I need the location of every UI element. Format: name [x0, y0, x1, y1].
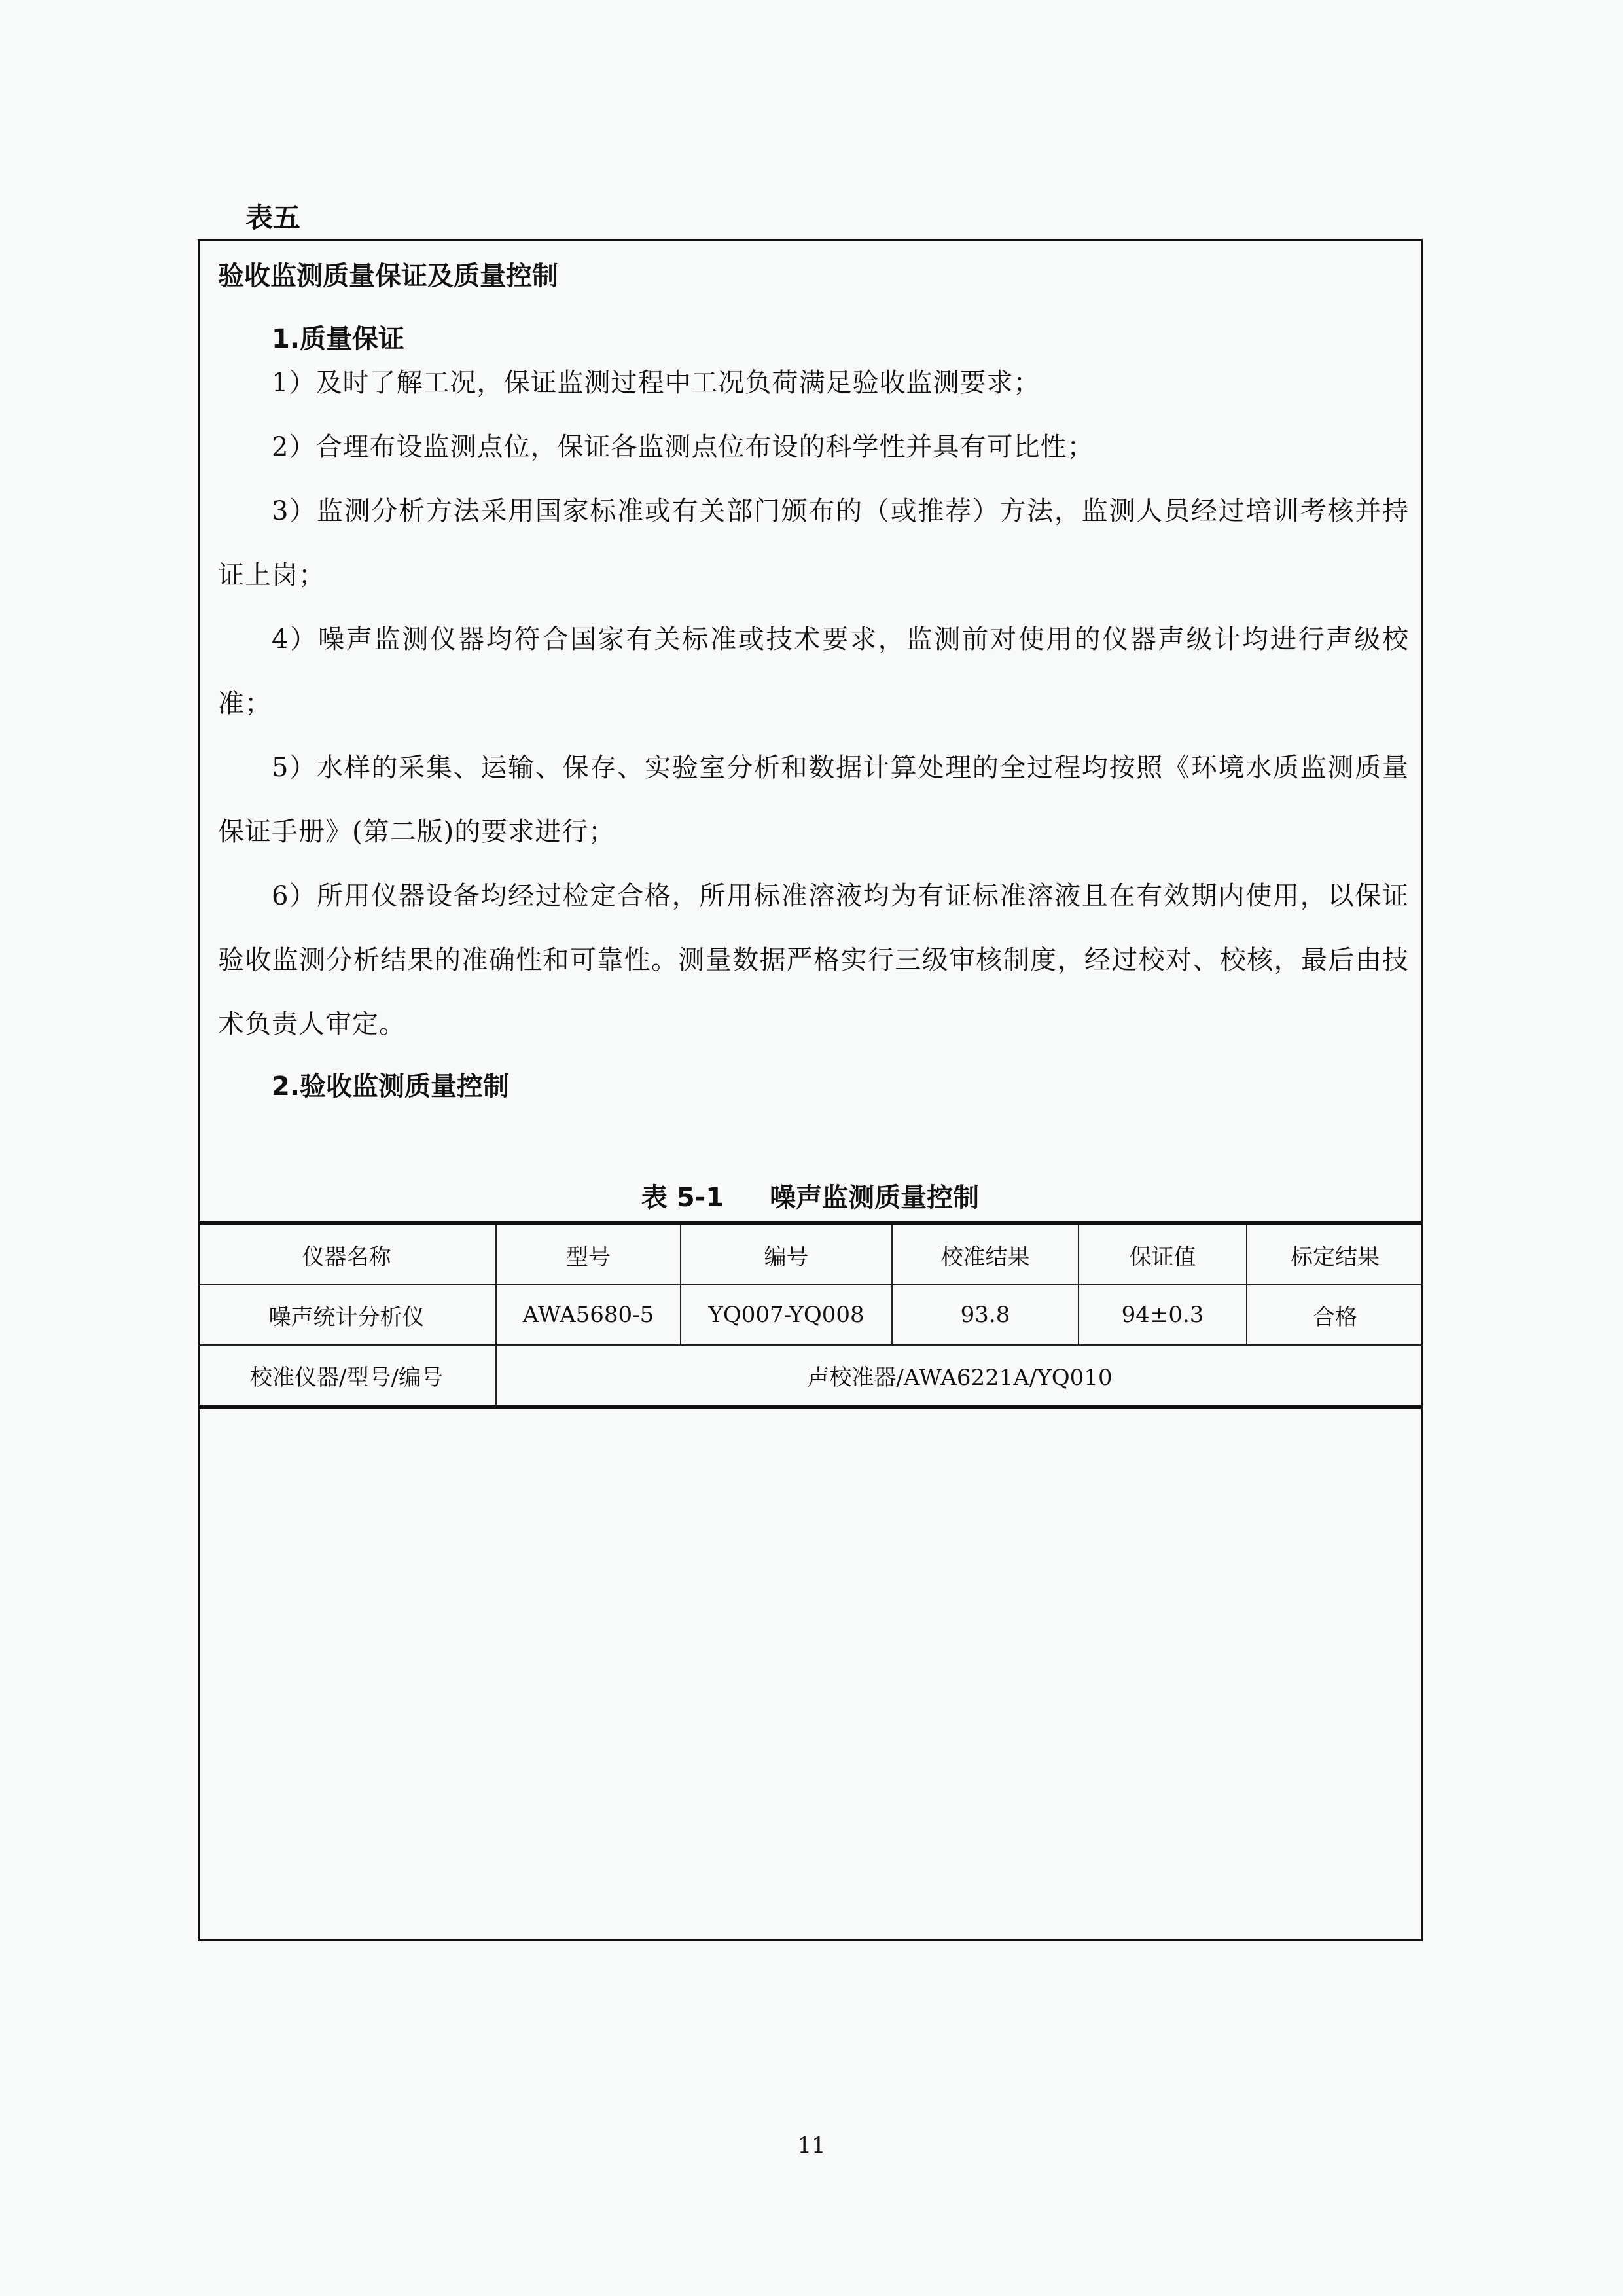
header-model: 型号 [496, 1223, 681, 1285]
cell-guaranteed-value: 94±0.3 [1079, 1285, 1247, 1345]
cell-verification-result: 合格 [1247, 1285, 1423, 1345]
table-caption-number: 表 5-1 [641, 1183, 724, 1213]
header-calibration-result: 校准结果 [892, 1223, 1079, 1285]
header-guaranteed-value: 保证值 [1079, 1223, 1247, 1285]
calibration-row: 校准仪器/型号/编号 声校准器/AWA6221A/YQ010 [198, 1345, 1423, 1407]
cell-serial: YQ007-YQ008 [681, 1285, 892, 1345]
cell-calibration-result: 93.8 [892, 1285, 1079, 1345]
calibration-value: 声校准器/AWA6221A/YQ010 [496, 1345, 1423, 1407]
page-number: 11 [0, 2132, 1623, 2159]
paragraph-1: 1）及时了解工况，保证监测过程中工况负荷满足验收监测要求； [218, 351, 1409, 415]
header-verification-result: 标定结果 [1247, 1223, 1423, 1285]
cell-instrument-name: 噪声统计分析仪 [198, 1285, 496, 1345]
table-caption-title: 噪声监测质量控制 [770, 1183, 979, 1213]
paragraph-6: 6）所用仪器设备均经过检定合格，所用标准溶液均为有证标准溶液且在有效期内使用，以… [218, 864, 1409, 1056]
table-caption: 表 5-1噪声监测质量控制 [200, 1177, 1421, 1214]
table-header-row: 仪器名称 型号 编号 校准结果 保证值 标定结果 [198, 1223, 1423, 1285]
heading-quality-assurance: 1.质量保证 [272, 318, 404, 355]
section-title: 验收监测质量保证及质量控制 [218, 255, 558, 293]
noise-qc-table: 仪器名称 型号 编号 校准结果 保证值 标定结果 噪声统计分析仪 AWA5680… [198, 1221, 1423, 1409]
cell-model: AWA5680-5 [496, 1285, 681, 1345]
paragraph-5: 5）水样的采集、运输、保存、实验室分析和数据计算处理的全过程均按照《环境水质监测… [218, 736, 1409, 864]
heading-quality-control: 2.验收监测质量控制 [272, 1066, 509, 1103]
paragraph-4: 4）噪声监测仪器均符合国家有关标准或技术要求，监测前对使用的仪器声级计均进行声级… [218, 607, 1409, 736]
calibration-label: 校准仪器/型号/编号 [198, 1345, 496, 1407]
paragraph-2: 2）合理布设监测点位，保证各监测点位布设的科学性并具有可比性； [218, 415, 1409, 479]
table-label: 表五 [245, 196, 300, 236]
table-row: 噪声统计分析仪 AWA5680-5 YQ007-YQ008 93.8 94±0.… [198, 1285, 1423, 1345]
header-instrument-name: 仪器名称 [198, 1223, 496, 1285]
paragraph-3: 3）监测分析方法采用国家标准或有关部门颁布的（或推荐）方法，监测人员经过培训考核… [218, 479, 1409, 607]
section-frame: 验收监测质量保证及质量控制 1.质量保证 1）及时了解工况，保证监测过程中工况负… [198, 239, 1423, 1941]
header-serial: 编号 [681, 1223, 892, 1285]
